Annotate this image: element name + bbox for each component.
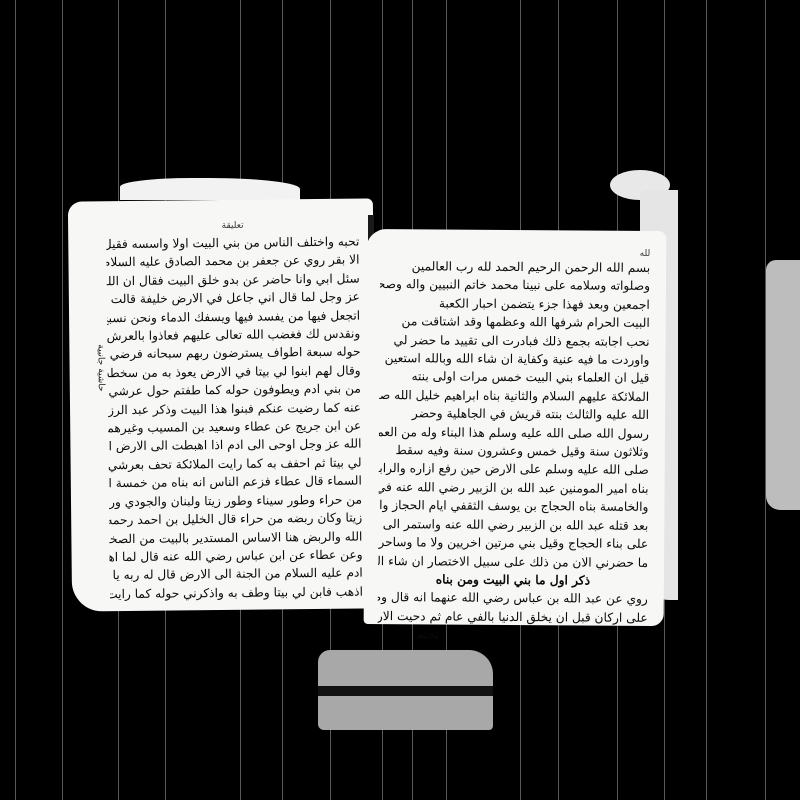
text-line: الملائكة عليهم السلام والثانية بناه ابرا… [379,386,649,406]
text-line: على بناء الحجاج وقيل بني مرتين اخريين ول… [378,533,648,553]
text-line: ما حضرني الان من ذلك على سبيل الاختصار ا… [378,552,648,572]
slip-dark-band [318,686,493,696]
text-line: بعد قتله عبد الله بن الزبير رضي الله عنه… [378,515,648,535]
manuscript-page-right: لله بسم الله الرحمن الرحيم الحمد لله رب … [364,229,667,626]
text-line: وقال لهم ابنوا لي بيتا في الارض يعوذ به … [108,361,361,382]
text-line: تحبه واختلف الناس من بني البيت اولا واسس… [106,233,359,254]
text-line: نحب اجابته بجمع ذلك فبادرت الى تقييد ما … [380,331,650,351]
text-line: بناه امير المومنين عبد الله بن الزبير رض… [379,478,649,498]
text-line: الله عليه والثالث بنته قريش في الجاهلية … [379,404,649,424]
paper-fragment-top-left [120,178,300,200]
basmala-line: بسم الله الرحمن الرحيم الحمد لله رب العا… [380,257,650,277]
text-line: واوردت ما فيه عنية وكفاية ان شاء الله وب… [379,349,649,369]
text-line: اذهب فابن لي بيتا وطف به واذكرني حوله كم… [110,582,363,603]
text-line: صلى الله عليه وسلم على الارض حين رفع ازا… [379,460,649,480]
text-line: اجمعين وبعد فهذا جزء يتضمن احبار الكعبة [380,294,650,314]
text-line: روي عن عبد الله بن عباس رضي الله عنهما ا… [378,588,648,608]
text-line: قيل ان العلماء بني البيت خمس مرات اولى ب… [379,367,649,387]
text-line: وثلاثون سنة وقيل خمس وعشرون سنة وفيه سقط [379,441,649,461]
catchword: تحته [377,625,647,645]
text-line: رسول الله صلى الله عليه وسلم هذا البناء … [379,423,649,443]
text-line: زيتا وكان ربضه من حراء قال الخليل بن احم… [109,509,362,530]
text-line: البيت الحرام شرفها الله وعظمها وقد اشتاق… [380,312,650,332]
text-line: والخامسة بناه الحجاج بن يوسف الثقفي ايام… [378,496,648,516]
text-line: الله عز وجل اوحى الى ادم اذا اهبطت الى ا… [108,435,361,456]
text-line: حوله سبعة اطواف يسترضون ربهم سبحانه فرضي… [107,343,360,364]
text-line: على اركان قبل ان يخلق الدنيا بالفي عام ث… [378,607,648,627]
text-line: وصلواته وسلامه على نبينا محمد خاتم النبي… [380,275,650,295]
text-line: ادم عليه السلام من الجنة الى الارض قال ل… [110,564,363,585]
text-line: السماء قال عطاء فزعم الناس انه بناه من خ… [109,472,362,493]
detached-fragment-right [766,260,800,510]
text-line: عز وجل لما قال اني جاعل في الارض خليفة ق… [107,288,360,309]
manuscript-page-left: حاشية جانبية تعليقة تحبه واختلف الناس من… [68,198,377,611]
margin-note: حاشية جانبية [78,241,106,391]
bottom-paper-slip [318,650,493,730]
section-heading: ذكر اول ما بني البيت ومن بناه [378,570,648,590]
top-note: تعليقة [106,219,359,234]
